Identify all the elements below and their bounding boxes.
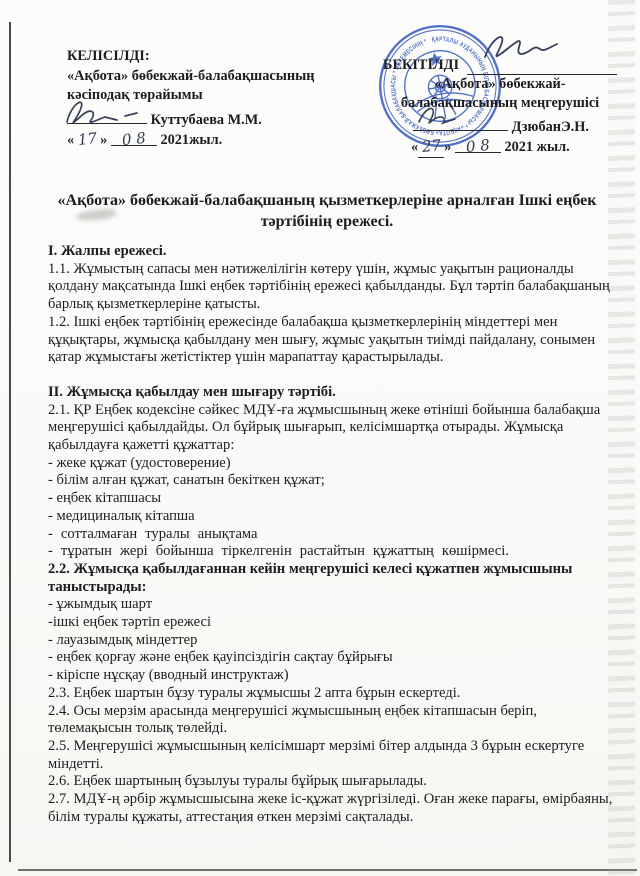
agreement-label: КЕЛІСІЛДІ: xyxy=(67,47,377,67)
organization-line: «Ақбота» бөбекжай-балабақшасының xyxy=(67,67,377,87)
paragraph: 2.7. МДҰ-ң әрбір жұмысшысына жеке іс-құж… xyxy=(48,791,614,826)
paragraph: 1.1. Жұмыстың сапасы мен нәтижелілігін к… xyxy=(48,261,614,314)
handwritten-month: 0 8 xyxy=(121,128,147,150)
position-line: кәсіподақ төрайымы xyxy=(67,86,377,106)
paragraph: 2.6. Еңбек шартының бұзылуы туралы бұйры… xyxy=(48,773,614,791)
list-item: - еңбек қорғау және еңбек қауіпсіздігін … xyxy=(48,649,614,667)
date-row: «17» 0 8 2021жыл. xyxy=(67,130,377,151)
signature-line xyxy=(467,61,617,75)
scanned-document-page: ҚАРТАЛЫ АУДАНЫНЫҢ БІЛІМ БАСҚАРМАСЫ * «АҚ… xyxy=(0,0,640,876)
quote-mark: » xyxy=(444,139,451,155)
paragraph: 2.1. ҚР Еңбек кодексіне сәйкес МДҰ-ға жұ… xyxy=(48,402,614,455)
date-row: «27» 0 8 2021 жыл. xyxy=(383,137,617,158)
handwritten-day: 17 xyxy=(77,129,98,150)
quote-mark: « xyxy=(411,139,418,155)
document-body: I. Жалпы ережесі. 1.1. Жұмыстың сапасы м… xyxy=(48,243,614,827)
paragraph: 2.5. Меңгерушісі жұмысшының келісімшарт … xyxy=(48,738,614,773)
position-line: балабақшасының меңгерушісі xyxy=(383,94,617,113)
list-item: - сотталмаған туралы анықтама xyxy=(48,526,614,544)
list-item: - медициналық кітапша xyxy=(48,508,614,526)
paragraph: 2.2. Жұмысқа қабылдағаннан кейін меңгеру… xyxy=(48,561,614,596)
signature-row: Куттубаева М.М. xyxy=(67,109,377,130)
approval-label-row: БЕКІТІЛДІ xyxy=(383,56,617,75)
paragraph: 1.2. Ішкі еңбек тәртібінің ережесінде ба… xyxy=(48,314,614,367)
approval-block-right: БЕКІТІЛДІ «Ақбота» бөбекжай- балабақшасы… xyxy=(383,56,617,158)
list-item: - жеке құжат (удостоверение) xyxy=(48,455,614,473)
agreement-block-left: КЕЛІСІЛДІ: «Ақбота» бөбекжай-балабақшасы… xyxy=(67,47,377,150)
section-heading: II. Жұмысқа қабылдау мен шығару тәртібі. xyxy=(48,384,614,402)
paragraph: 2.3. Еңбек шартын бұзу туралы жұмысшы 2 … xyxy=(48,685,614,703)
list-item: - лауазымдық міндеттер xyxy=(48,632,614,650)
year-label: 2021жыл. xyxy=(160,132,222,148)
list-item: - еңбек кітапшасы xyxy=(48,490,614,508)
handwritten-day: 27 xyxy=(421,136,442,157)
quote-mark: « xyxy=(67,132,74,148)
organization-line: «Ақбота» бөбекжай- xyxy=(383,75,617,94)
signature-row: ДзюбанЭ.Н. xyxy=(383,116,617,137)
signature-line xyxy=(67,109,147,124)
signature-line xyxy=(413,116,508,131)
list-item: - тұратын жері бойынша тіркелгенін раста… xyxy=(48,543,614,561)
list-item: - ұжымдық шарт xyxy=(48,596,614,614)
quote-mark: » xyxy=(100,132,107,148)
list-item: - білім алған құжат, санатын бекіткен құ… xyxy=(48,472,614,490)
list-item: - кіріспе нұсқау (вводный инструктаж) xyxy=(48,667,614,685)
scan-edge-line-left xyxy=(9,22,11,862)
signer-name: ДзюбанЭ.Н. xyxy=(512,119,589,135)
handwritten-month: 0 8 xyxy=(465,136,491,157)
year-label: 2021 жыл. xyxy=(504,139,569,155)
approval-label: БЕКІТІЛДІ xyxy=(383,56,459,75)
scan-edge-line-bottom xyxy=(18,869,637,871)
paragraph: 2.4. Осы мерзім арасында меңгерушісі жұм… xyxy=(48,703,614,738)
document-title: «Ақбота» бөбекжай-балабақшаның қызметкер… xyxy=(42,191,612,232)
section-heading: I. Жалпы ережесі. xyxy=(48,243,614,261)
list-item: -ішкі еңбек тәртіп ережесі xyxy=(48,614,614,632)
signer-name: Куттубаева М.М. xyxy=(151,112,262,128)
